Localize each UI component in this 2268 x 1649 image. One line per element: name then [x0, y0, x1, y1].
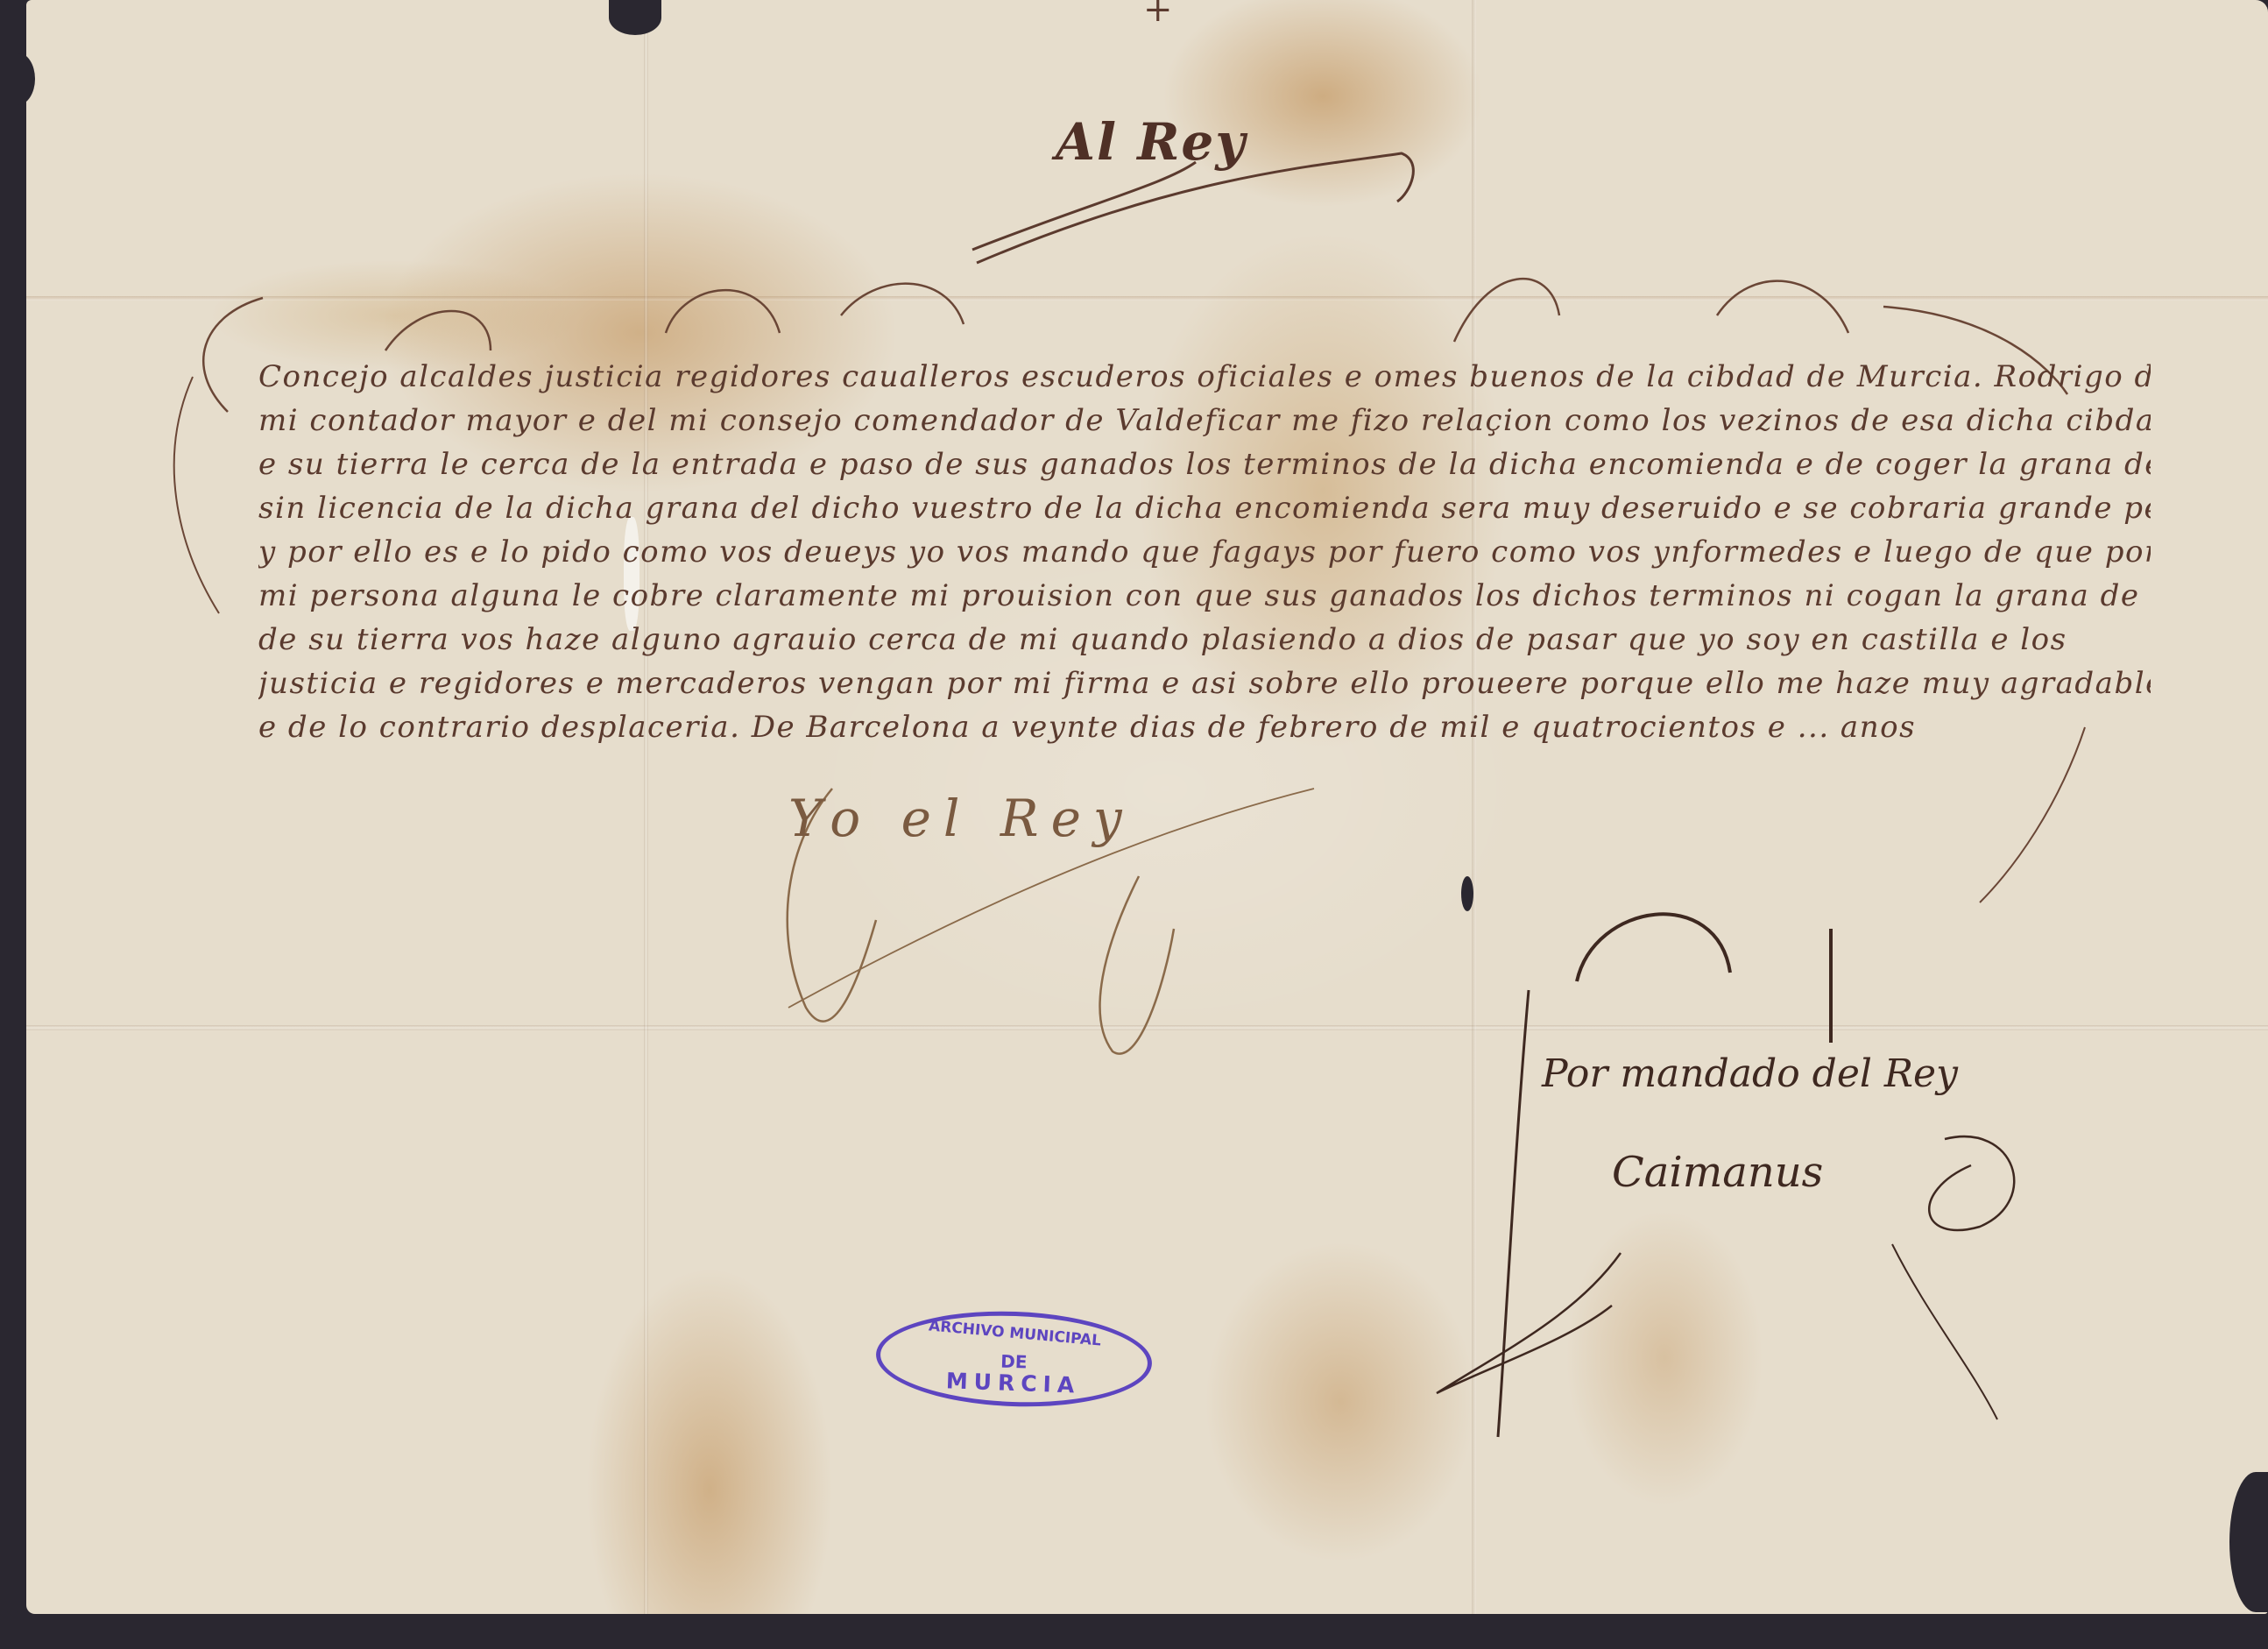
- body-line: Concejo alcaldes justicia regidores caua…: [258, 355, 2151, 399]
- body-line: sin licencia de la dicha grana del dicho…: [258, 486, 2151, 530]
- body-line: mi persona alguna le cobre claramente mi…: [258, 574, 2151, 618]
- letter-body: Concejo alcaldes justicia regidores caua…: [258, 355, 2151, 749]
- body-line: y por ello es e lo pido como vos deueys …: [258, 530, 2151, 574]
- notary-phrase: Por mandado del Rey: [1542, 1051, 1958, 1096]
- body-line: de su tierra vos haze alguno agrauio cer…: [258, 618, 2151, 662]
- notary-signature: Caimanus: [1612, 1148, 1823, 1197]
- body-line: mi contador mayor e del mi consejo comen…: [258, 399, 2151, 442]
- body-line: e su tierra le cerca de la entrada e pas…: [258, 442, 2151, 486]
- body-line: justicia e regidores e mercaderos vengan…: [258, 662, 2151, 705]
- body-line: e de lo contrario desplaceria. De Barcel…: [258, 705, 2151, 749]
- king-signature: Yo el Rey: [788, 789, 1134, 848]
